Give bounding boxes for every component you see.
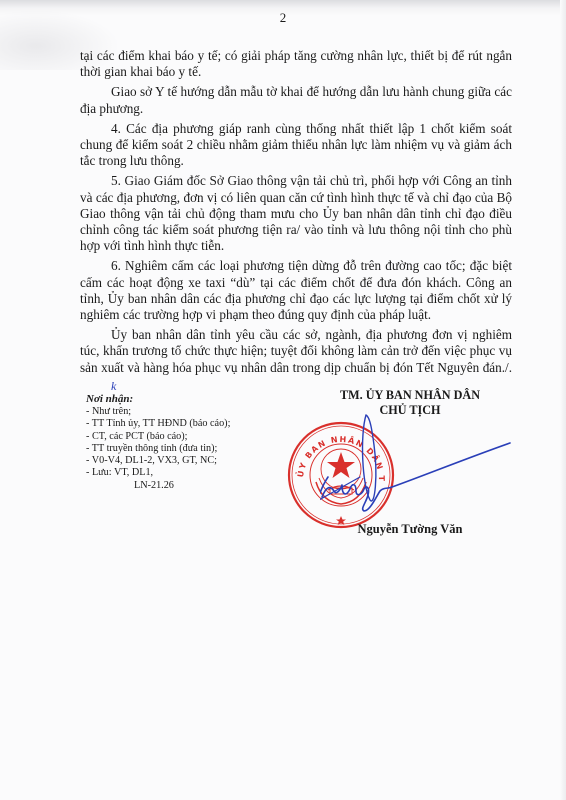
paragraph-closing: Ủy ban nhân dân tỉnh yêu cầu các sở, ngà… (80, 327, 512, 392)
recipient-item: - TT Tỉnh ủy, TT HĐND (báo cáo); (86, 418, 286, 430)
page-edge-shadow (560, 0, 566, 800)
recipients-title: Nơi nhận: (86, 392, 286, 406)
document-page: 2 tại các điểm khai báo y tế; có giải ph… (0, 0, 566, 800)
signer-organization: TM. ỦY BAN NHÂN DÂN (310, 388, 510, 403)
paragraph-item-4: 4. Các địa phương giáp ranh cùng thống n… (80, 121, 512, 170)
document-body: tại các điểm khai báo y tế; có giải pháp… (80, 48, 512, 396)
paragraph-item-5: 5. Giao Giám đốc Sở Giao thông vận tải c… (80, 173, 512, 254)
paragraph-item-6: 6. Nghiêm cấm các loại phương tiện dừng … (80, 258, 512, 323)
recipient-item: - V0-V4, DL1-2, VX3, GT, NC; (86, 455, 286, 467)
handwritten-signature-icon (320, 405, 540, 535)
page-number: 2 (0, 10, 566, 26)
recipient-item: - Lưu: VT, DL1, (86, 467, 286, 479)
document-code: LN-21.26 (86, 480, 286, 492)
paragraph-health-declaration: Giao sở Y tế hướng dẫn mẫu tờ khai để hư… (80, 84, 512, 116)
paragraph-continuation: tại các điểm khai báo y tế; có giải pháp… (80, 48, 512, 80)
recipient-item: - Như trên; (86, 406, 286, 418)
recipients-list: Nơi nhận: - Như trên; - TT Tỉnh ủy, TT H… (86, 392, 286, 492)
closing-text: Ủy ban nhân dân tỉnh yêu cầu các sở, ngà… (80, 327, 512, 374)
recipient-item: - CT, các PCT (báo cáo); (86, 431, 286, 443)
recipient-item: - TT truyền thông tỉnh (đưa tin); (86, 443, 286, 455)
signer-name: Nguyễn Tường Văn (310, 522, 510, 537)
